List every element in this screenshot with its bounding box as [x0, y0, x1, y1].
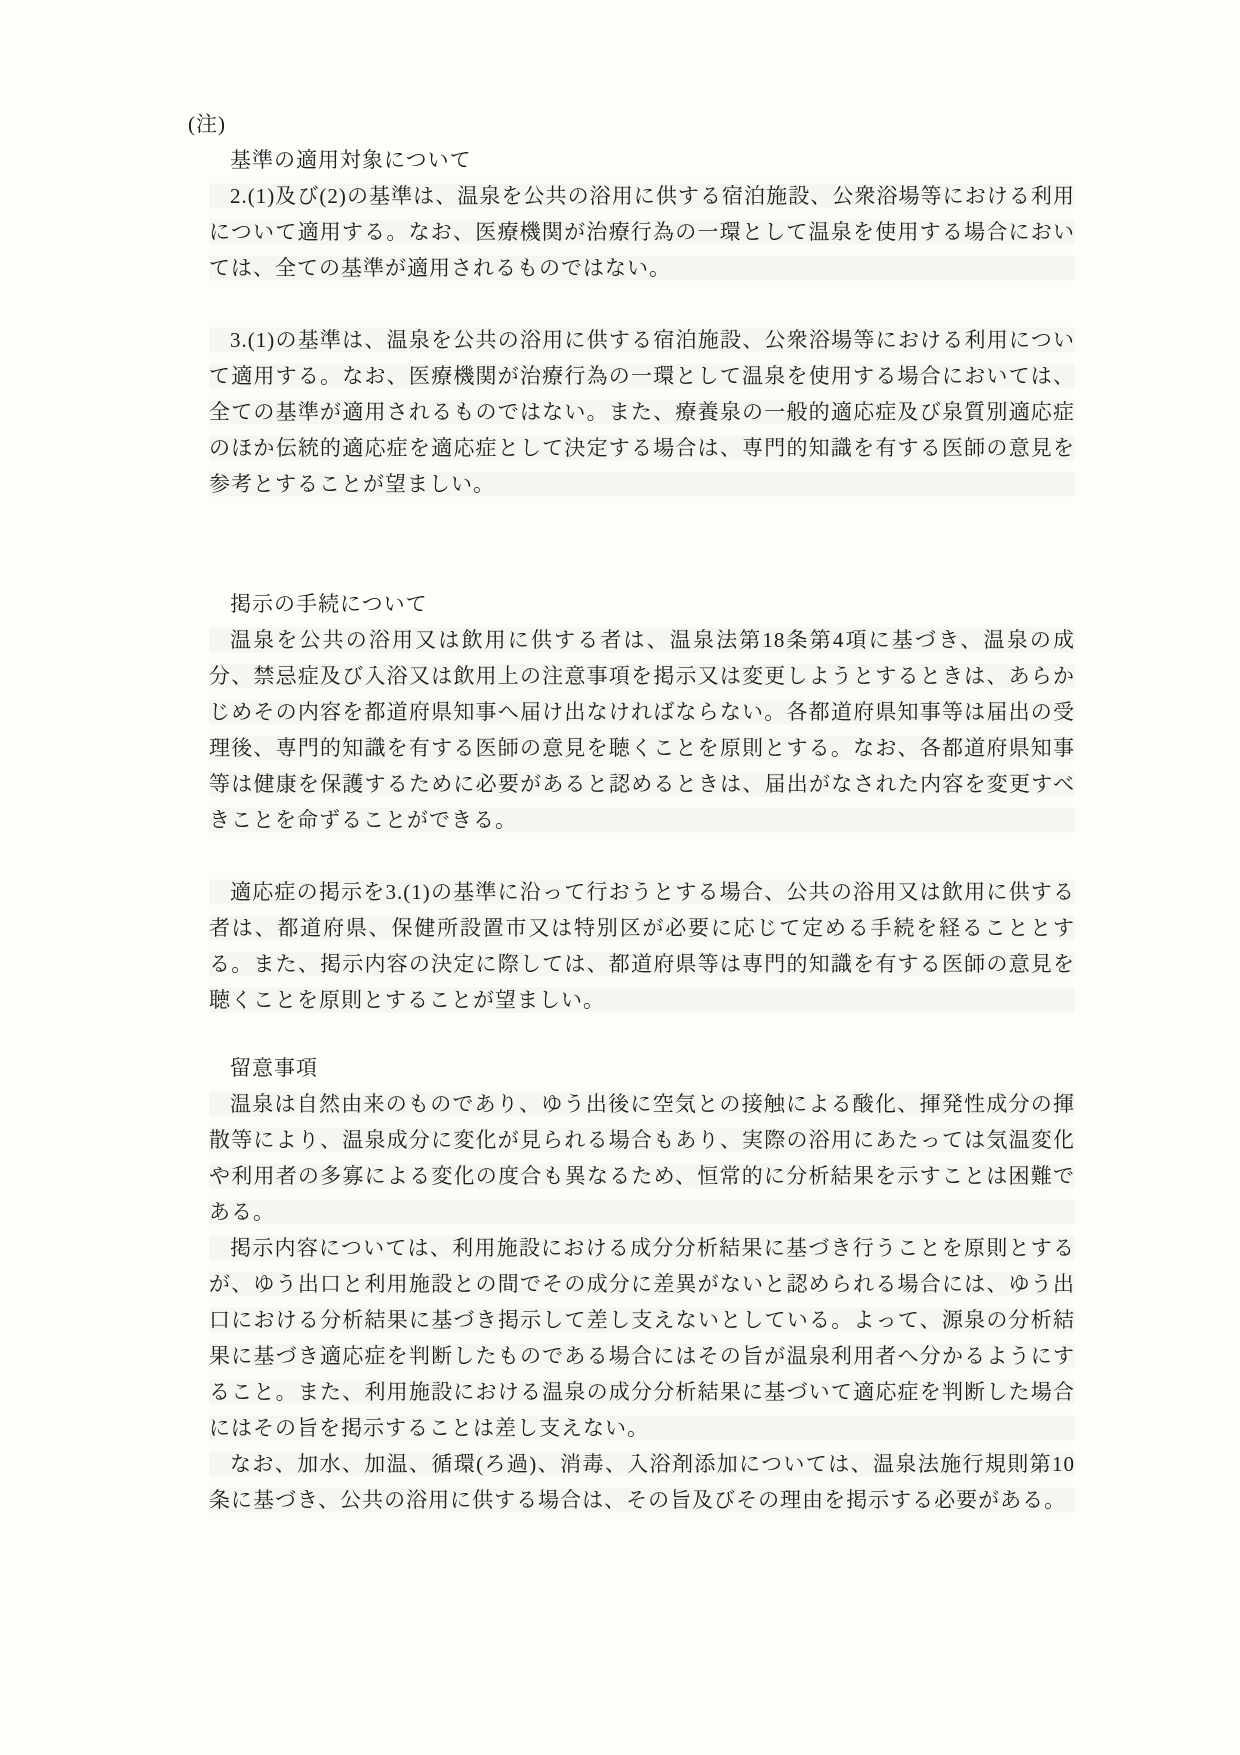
section-remarks: 留意事項 温泉は自然由来のものであり、ゆう出後に空気との接触による酸化、揮発性成…	[190, 1050, 1077, 1518]
section-heading-remarks: 留意事項	[190, 1050, 1077, 1086]
paragraph-posting-basis: 掲示内容については、利用施設における成分分析結果に基づき行うことを原則とするが、…	[209, 1230, 1075, 1446]
paragraph-additives-disclosure: なお、加水、加温、循環(ろ過)、消毒、入浴剤添加については、温泉法施行規則第10…	[209, 1446, 1075, 1518]
section-heading-posting-procedure: 掲示の手続について	[190, 586, 1077, 622]
note-marker: (注)	[188, 106, 1240, 142]
paragraph-item-2: 2.(1)及び(2)の基準は、温泉を公共の浴用に供する宿泊施設、公衆浴場等におけ…	[209, 178, 1075, 286]
paragraph-item-3: 3.(1)の基準は、温泉を公共の浴用に供する宿泊施設、公衆浴場等における利用につ…	[209, 322, 1075, 502]
paragraph-natural-variation: 温泉は自然由来のものであり、ゆう出後に空気との接触による酸化、揮発性成分の揮散等…	[209, 1086, 1075, 1230]
section-posting-procedure: 掲示の手続について 温泉を公共の浴用又は飲用に供する者は、温泉法第18条第4項に…	[190, 586, 1077, 1018]
section-heading-standards-scope: 基準の適用対象について	[190, 142, 1077, 178]
paragraph-indications-posting: 適応症の掲示を3.(1)の基準に沿って行おうとする場合、公共の浴用又は飲用に供す…	[209, 874, 1075, 1018]
paragraph-notification: 温泉を公共の浴用又は飲用に供する者は、温泉法第18条第4項に基づき、温泉の成分、…	[209, 622, 1075, 838]
section-standards-scope: 基準の適用対象について 2.(1)及び(2)の基準は、温泉を公共の浴用に供する宿…	[190, 142, 1077, 502]
scanned-document-page: (注) 基準の適用対象について 2.(1)及び(2)の基準は、温泉を公共の浴用に…	[0, 0, 1240, 1755]
